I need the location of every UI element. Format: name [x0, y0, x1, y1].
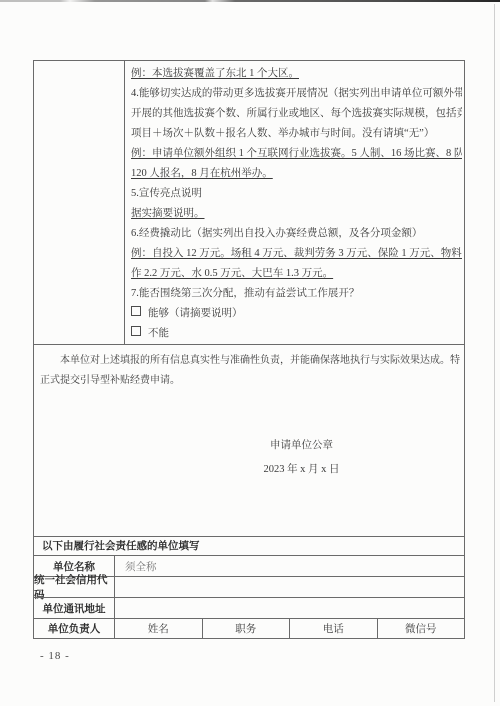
- checkbox-label: 能够（请摘要说明）: [148, 308, 243, 319]
- application-form-table: 例：本选拔赛覆盖了东北 1 个大区。 4.能够切实达成的带动更多选拔赛开展情况（…: [33, 60, 465, 639]
- question-6-line: 6.经费撬动比（据实列出自投入办赛经费总额，及各分项金额）: [131, 224, 462, 244]
- detail-row-label-cell: [34, 61, 125, 344]
- example-line: 120 人报名，8 月在杭州举办。: [131, 164, 462, 184]
- address-value: [114, 598, 464, 618]
- table-row-credit-code: 统一社会信用代码: [34, 576, 464, 597]
- table-row-address: 单位通讯地址: [34, 597, 464, 618]
- example-line: 例：本选拔赛覆盖了东北 1 个大区。: [131, 64, 462, 84]
- declaration-paragraph: 本单位对上述填报的所有信息真实性与准确性负责，并能确保落地执行与实际效果达成。特…: [34, 345, 464, 391]
- credit-code-label: 统一社会信用代码: [34, 577, 114, 597]
- responsibility-section-header: 以下由履行社会责任感的单位填写: [34, 536, 464, 555]
- address-label: 单位通讯地址: [34, 598, 114, 618]
- checkbox-option: 能够（请摘要说明）: [131, 304, 462, 324]
- leader-phone-header: 电话: [289, 619, 377, 638]
- example-line: 作 2.2 万元、水 0.5 万元、大巴车 1.3 万元。: [131, 264, 462, 284]
- checkbox-icon[interactable]: [131, 326, 141, 336]
- scan-artifact-top: [0, 0, 500, 2]
- question-7-line: 7.能否围绕第三次分配，推动有益尝试工作展开？: [131, 284, 462, 304]
- declaration-line: 正式提交引导型补贴经费申请。: [40, 371, 458, 391]
- checkbox-option: 不能: [131, 324, 462, 344]
- example-line: 据实摘要说明。: [131, 204, 462, 224]
- stamp-date: 2023 年 x 月 x 日: [229, 461, 374, 476]
- unit-leader-label: 单位负责人: [34, 619, 114, 638]
- detail-row: 例：本选拔赛覆盖了东北 1 个大区。 4.能够切实达成的带动更多选拔赛开展情况（…: [34, 61, 464, 344]
- question-5-line: 5.宣传亮点说明: [131, 184, 462, 204]
- unit-name-value: 须全称: [114, 556, 464, 576]
- example-line: 例：自投入 12 万元。场租 4 万元、裁判劳务 3 万元、保险 1 万元、物料…: [131, 244, 462, 264]
- table-row-unit-leader: 单位负责人 姓名 职务 电话 微信号: [34, 618, 464, 638]
- example-line: 例：申请单位额外组织 1 个互联网行业选拔赛。5 人制、16 场比赛、8 队、: [131, 144, 462, 164]
- question-4-line: 项目＋场次＋队数＋报名人数、举办城市与时间。没有请填“无”）: [131, 124, 462, 144]
- question-4-line: 4.能够切实达成的带动更多选拔赛开展情况（据实列出申请单位可额外带动: [131, 84, 462, 104]
- declaration-line: 本单位对上述填报的所有信息真实性与准确性负责，并能确保落地执行与实际效果达成。特: [40, 351, 458, 371]
- page-number: - 18 -: [40, 650, 70, 662]
- question-4-line: 开展的其他选拔赛个数、所属行业或地区、每个选拔赛实际规模，包括竞赛: [131, 104, 462, 124]
- credit-code-value: [114, 577, 464, 597]
- checkbox-label: 不能: [148, 328, 169, 339]
- scan-artifact-right: [494, 4, 495, 702]
- declaration-row: 本单位对上述填报的所有信息真实性与准确性负责，并能确保落地执行与实际效果达成。特…: [34, 344, 464, 536]
- leader-title-header: 职务: [202, 619, 290, 638]
- leader-wechat-header: 微信号: [377, 619, 465, 638]
- detail-row-content-cell: 例：本选拔赛覆盖了东北 1 个大区。 4.能够切实达成的带动更多选拔赛开展情况（…: [125, 61, 464, 344]
- stamp-label: 申请单位公章: [229, 437, 374, 452]
- checkbox-icon[interactable]: [131, 306, 141, 316]
- leader-name-header: 姓名: [114, 619, 202, 638]
